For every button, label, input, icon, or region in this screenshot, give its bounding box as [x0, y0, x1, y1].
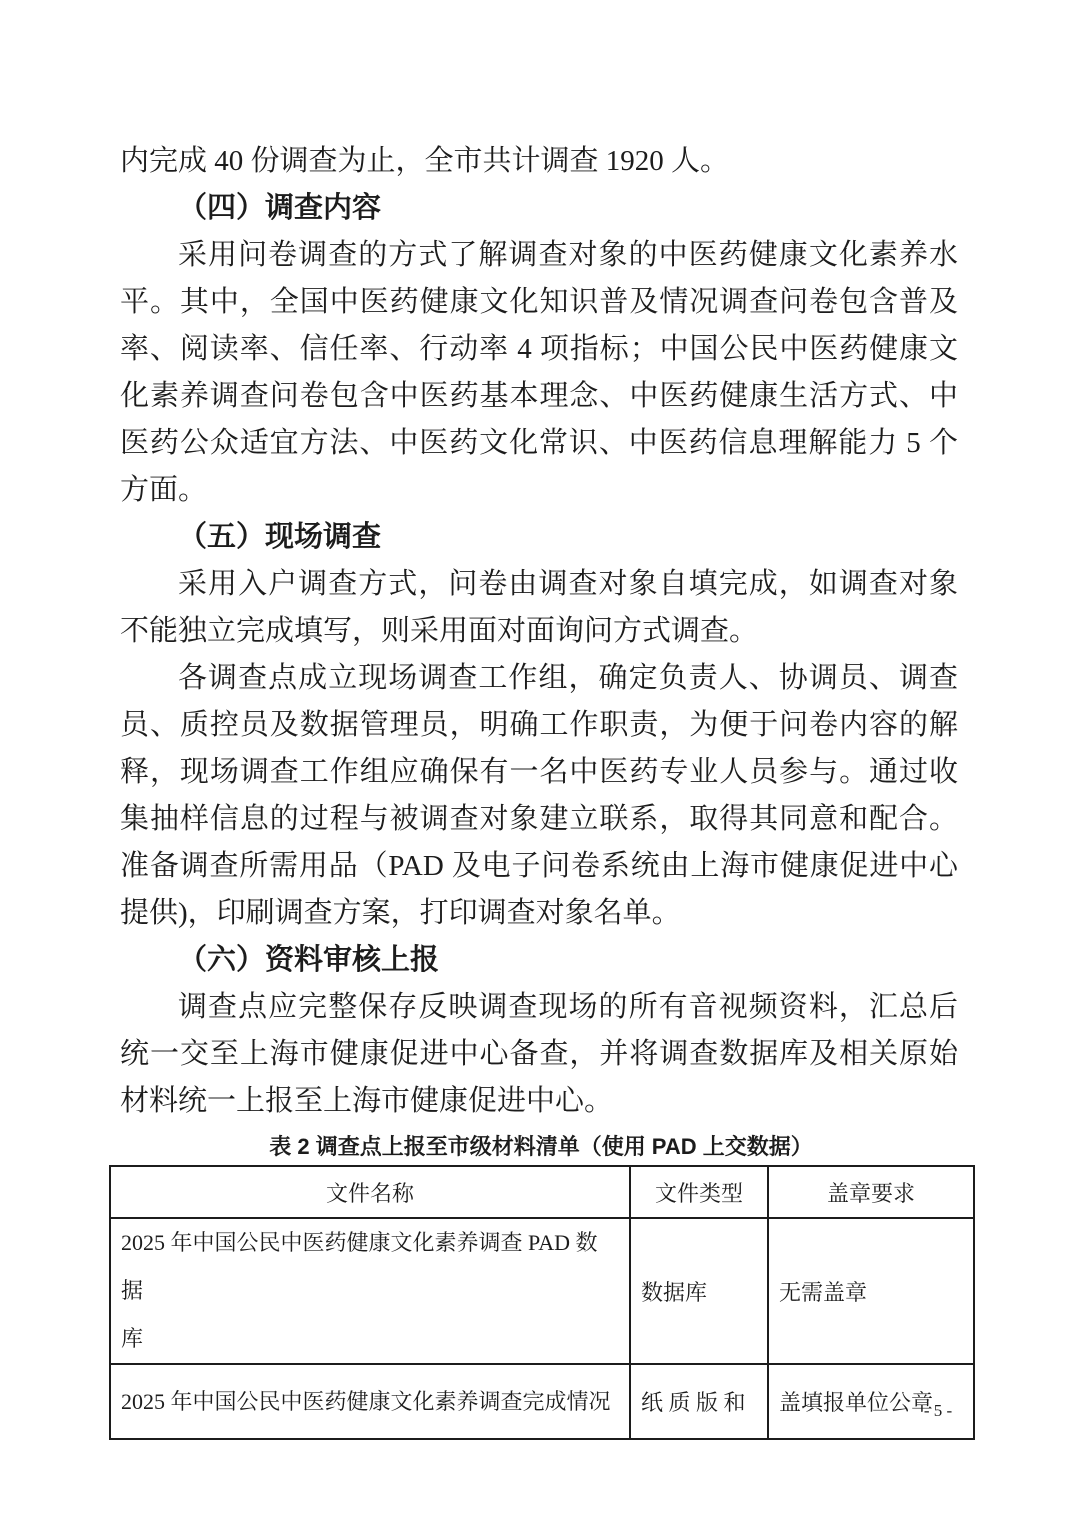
document-body: 内完成 40 份调查为止，全市共计调查 1920 人。 （四）调查内容 采用问卷…: [120, 138, 958, 1125]
body-line: 提供)，印刷调查方案，打印调查对象名单。: [120, 890, 958, 937]
table-header-row: 文件名称 文件类型 盖章要求: [110, 1166, 974, 1218]
body-line: 率、阅读率、信任率、行动率 4 项指标；中国公民中医药健康文: [120, 326, 958, 373]
table-row: 2025 年中国公民中医药健康文化素养调查 PAD 数据 库 数据库 无需盖章: [110, 1218, 974, 1364]
col-header-file-type: 文件类型: [630, 1166, 768, 1218]
page-number: - 5 -: [898, 1400, 978, 1422]
table-row: 2025 年中国公民中医药健康文化素养调查完成情况 纸 质 版 和 盖填报单位公…: [110, 1364, 974, 1439]
section-heading-5: （五）现场调查: [120, 514, 958, 561]
body-line: 集抽样信息的过程与被调查对象建立联系，取得其同意和配合。: [120, 796, 958, 843]
body-line: 采用问卷调查的方式了解调查对象的中医药健康文化素养水: [120, 232, 958, 279]
body-line: 不能独立完成填写，则采用面对面询问方式调查。: [120, 608, 958, 655]
body-line: 员、质控员及数据管理员，明确工作职责，为便于问卷内容的解: [120, 702, 958, 749]
body-line: 调查点应完整保存反映调查现场的所有音视频资料，汇总后: [120, 984, 958, 1031]
body-line: 采用入户调查方式，问卷由调查对象自填完成，如调查对象: [120, 561, 958, 608]
col-header-seal-requirement: 盖章要求: [768, 1166, 974, 1218]
section-heading-4: （四）调查内容: [120, 185, 958, 232]
table-caption: 表 2 调查点上报至市级材料清单（使用 PAD 上交数据）: [109, 1131, 973, 1163]
body-line: 平。其中，全国中医药健康文化知识普及情况调查问卷包含普及: [120, 279, 958, 326]
file-name-cell: 2025 年中国公民中医药健康文化素养调查 PAD 数据 库: [110, 1218, 630, 1364]
body-line: 释，现场调查工作组应确保有一名中医药专业人员参与。通过收: [120, 749, 958, 796]
body-line: 内完成 40 份调查为止，全市共计调查 1920 人。: [120, 138, 958, 185]
materials-table: 文件名称 文件类型 盖章要求 2025 年中国公民中医药健康文化素养调查 PAD…: [109, 1165, 975, 1440]
body-line: 材料统一上报至上海市健康促进中心。: [120, 1078, 958, 1125]
section-heading-6: （六）资料审核上报: [120, 937, 958, 984]
file-type-cell: 纸 质 版 和: [630, 1364, 768, 1439]
body-line: 各调查点成立现场调查工作组，确定负责人、协调员、调查: [120, 655, 958, 702]
body-line: 化素养调查问卷包含中医药基本理念、中医药健康生活方式、中: [120, 373, 958, 420]
col-header-file-name: 文件名称: [110, 1166, 630, 1218]
seal-requirement-cell: 无需盖章: [768, 1218, 974, 1364]
body-line: 准备调查所需用品（PAD 及电子问卷系统由上海市健康促进中心: [120, 843, 958, 890]
body-line: 方面。: [120, 467, 958, 514]
file-type-cell: 数据库: [630, 1218, 768, 1364]
document-page: 内完成 40 份调查为止，全市共计调查 1920 人。 （四）调查内容 采用问卷…: [0, 0, 1080, 1528]
file-name-cell: 2025 年中国公民中医药健康文化素养调查完成情况: [110, 1364, 630, 1439]
body-line: 医药公众适宜方法、中医药文化常识、中医药信息理解能力 5 个: [120, 420, 958, 467]
body-line: 统一交至上海市健康促进中心备查，并将调查数据库及相关原始: [120, 1031, 958, 1078]
